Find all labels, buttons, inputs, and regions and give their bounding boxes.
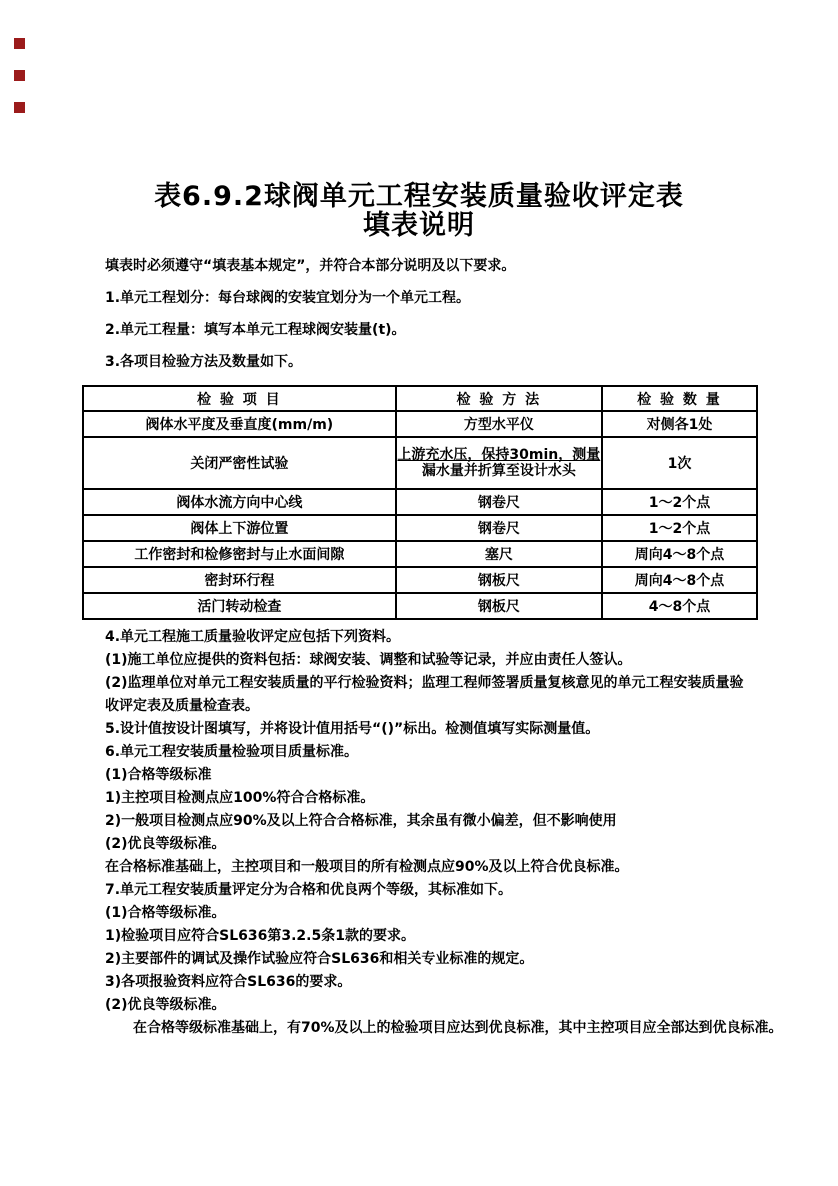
note-line: 2)一般项目检测点应90%及以上符合合格标准，其余虽有微小偏差，但不影响使用 (105, 810, 762, 833)
page-subtitle: 填表说明 (0, 211, 838, 240)
table-header-row: 检 验 项 目 检 验 方 法 检 验 数 量 (83, 386, 757, 411)
cell-inspection-method: 钢板尺 (396, 567, 602, 593)
cell-inspection-method: 上游充水压，保持30min，测量漏水量并折算至设计水头 (396, 437, 602, 489)
method-line: 上游充水压，保持30min，测量 (397, 447, 601, 463)
cell-inspection-item: 活门转动检查 (83, 593, 396, 619)
note-line: (1)合格等级标准。 (105, 902, 762, 925)
table-row: 阀体水流方向中心线钢卷尺1～2个点 (83, 489, 757, 515)
note-line: 在合格等级标准基础上，有70%及以上的检验项目应达到优良标准，其中主控项目应全部… (105, 1017, 762, 1040)
margin-mark (14, 70, 25, 81)
note-line: (2)监理单位对单元工程安装质量的平行检验资料；监理工程师签署质量复核意见的单元… (105, 672, 762, 695)
note-line: (1)施工单位应提供的资料包括：球阀安装、调整和试验等记录，并应由责任人签认。 (105, 649, 762, 672)
table-row: 活门转动检查钢板尺4～8个点 (83, 593, 757, 619)
intro-paragraphs: 填表时必须遵守“填表基本规定”，并符合本部分说明及以下要求。1.单元工程划分：每… (105, 257, 762, 371)
document-body: 填表时必须遵守“填表基本规定”，并符合本部分说明及以下要求。1.单元工程划分：每… (105, 257, 762, 1040)
table-row: 关闭严密性试验上游充水压，保持30min，测量漏水量并折算至设计水头1次 (83, 437, 757, 489)
table-header-quantity: 检 验 数 量 (602, 386, 757, 411)
cell-inspection-item: 工作密封和检修密封与止水面间隙 (83, 541, 396, 567)
note-line: 4.单元工程施工质量验收评定应包括下列资料。 (105, 626, 762, 649)
note-line: 在合格标准基础上，主控项目和一般项目的所有检测点应90%及以上符合优良标准。 (105, 856, 762, 879)
margin-mark (14, 102, 25, 113)
table-header-item: 检 验 项 目 (83, 386, 396, 411)
note-line: 7.单元工程安装质量评定分为合格和优良两个等级，其标准如下。 (105, 879, 762, 902)
note-line: (2)优良等级标准。 (105, 994, 762, 1017)
cell-inspection-quantity: 4～8个点 (602, 593, 757, 619)
inspection-table-head: 检 验 项 目 检 验 方 法 检 验 数 量 (83, 386, 757, 411)
table-row: 阀体上下游位置钢卷尺1～2个点 (83, 515, 757, 541)
cell-inspection-quantity: 1次 (602, 437, 757, 489)
inspection-table: 检 验 项 目 检 验 方 法 检 验 数 量 阀体水平度及垂直度(mm/m)方… (82, 385, 758, 620)
cell-inspection-quantity: 1～2个点 (602, 515, 757, 541)
inspection-table-body: 阀体水平度及垂直度(mm/m)方型水平仪对侧各1处关闭严密性试验上游充水压，保持… (83, 411, 757, 619)
note-line: 1)检验项目应符合SL636第3.2.5条1款的要求。 (105, 925, 762, 948)
intro-paragraph: 2.单元工程量：填写本单元工程球阀安装量(t)。 (105, 321, 762, 339)
cell-inspection-item: 阀体水平度及垂直度(mm/m) (83, 411, 396, 437)
note-line: 5.设计值按设计图填写，并将设计值用括号“()”标出。检测值填写实际测量值。 (105, 718, 762, 741)
intro-paragraph: 1.单元工程划分：每台球阀的安装宜划分为一个单元工程。 (105, 289, 762, 307)
cell-inspection-quantity: 周向4～8个点 (602, 541, 757, 567)
method-line: 漏水量并折算至设计水头 (397, 463, 601, 479)
cell-inspection-method: 钢卷尺 (396, 515, 602, 541)
notes-paragraphs: 4.单元工程施工质量验收评定应包括下列资料。(1)施工单位应提供的资料包括：球阀… (105, 626, 762, 1040)
margin-mark (14, 38, 25, 49)
intro-paragraph: 3.各项目检验方法及数量如下。 (105, 353, 762, 371)
cell-inspection-quantity: 1～2个点 (602, 489, 757, 515)
note-line: (1)合格等级标准 (105, 764, 762, 787)
table-header-method: 检 验 方 法 (396, 386, 602, 411)
cell-inspection-item: 密封环行程 (83, 567, 396, 593)
document-title-block: 表6.9.2球阀单元工程安装质量验收评定表 填表说明 (0, 0, 838, 240)
cell-inspection-item: 关闭严密性试验 (83, 437, 396, 489)
table-row: 密封环行程钢板尺周向4～8个点 (83, 567, 757, 593)
page-title: 表6.9.2球阀单元工程安装质量验收评定表 (0, 182, 838, 211)
cell-inspection-method: 钢板尺 (396, 593, 602, 619)
table-row: 工作密封和检修密封与止水面间隙塞尺周向4～8个点 (83, 541, 757, 567)
cell-inspection-item: 阀体水流方向中心线 (83, 489, 396, 515)
note-line: 3)各项报验资料应符合SL636的要求。 (105, 971, 762, 994)
cell-inspection-method: 钢卷尺 (396, 489, 602, 515)
cell-inspection-quantity: 对侧各1处 (602, 411, 757, 437)
cell-inspection-quantity: 周向4～8个点 (602, 567, 757, 593)
cell-inspection-method: 塞尺 (396, 541, 602, 567)
note-line: 1)主控项目检测点应100%符合合格标准。 (105, 787, 762, 810)
note-line: 收评定表及质量检查表。 (105, 695, 762, 718)
cell-inspection-item: 阀体上下游位置 (83, 515, 396, 541)
note-line: 6.单元工程安装质量检验项目质量标准。 (105, 741, 762, 764)
cell-inspection-method: 方型水平仪 (396, 411, 602, 437)
note-line: 2)主要部件的调试及操作试验应符合SL636和相关专业标准的规定。 (105, 948, 762, 971)
table-row: 阀体水平度及垂直度(mm/m)方型水平仪对侧各1处 (83, 411, 757, 437)
note-line: (2)优良等级标准。 (105, 833, 762, 856)
intro-paragraph: 填表时必须遵守“填表基本规定”，并符合本部分说明及以下要求。 (105, 257, 762, 275)
